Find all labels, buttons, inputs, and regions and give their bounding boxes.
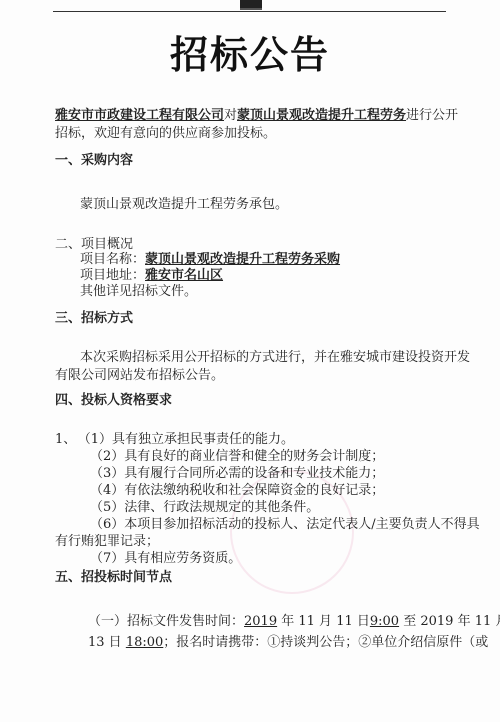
intro-tail: 进行公开 bbox=[406, 108, 458, 123]
document-page: 招标公告 雅安市市政建设工程有限公司对蒙顶山景观改造提升工程劳务进行公开 招标，… bbox=[0, 0, 500, 722]
qualification-item-continued: 有行贿犯罪记录； bbox=[55, 534, 159, 550]
qualification-item: （2）具有良好的商业信誉和健全的财务会计制度； bbox=[90, 449, 384, 465]
end-date-part: 至 2019 年 11 月 bbox=[403, 614, 500, 629]
registration-note: ；报名时请携带：①持谈判公告；②单位介绍信原件（或 bbox=[163, 635, 488, 650]
section-1-heading: 一、采购内容 bbox=[55, 153, 133, 169]
header-rule bbox=[53, 11, 446, 12]
timeline-line-2: 13 日 18:00；报名时请携带：①持谈判公告；②单位介绍信原件（或 bbox=[88, 635, 488, 651]
qualification-item: （7）具有相应劳务资质。 bbox=[90, 551, 241, 567]
timeline-label: （一）招标文件发售时间： bbox=[88, 614, 244, 629]
project-address-label: 项目地址： bbox=[80, 268, 145, 283]
project-name-label: 项目名称： bbox=[80, 252, 145, 267]
end-day: 13 日 bbox=[88, 635, 122, 650]
qualification-item: （1）具有独立承担民事责任的能力。 bbox=[84, 432, 294, 447]
timeline-line-1: （一）招标文件发售时间：2019 年 11 月 11 日9:00 至 2019 … bbox=[88, 614, 500, 630]
company-name: 雅安市市政建设工程有限公司 bbox=[55, 108, 224, 123]
header-logo-icon bbox=[240, 0, 262, 8]
start-date: 年 11 月 11 日 bbox=[281, 614, 370, 629]
qualification-item: （4）有依法缴纳税收和社会保障资金的良好记录； bbox=[90, 483, 384, 499]
qualification-item: （3）具有履行合同所必需的设备和专业技术能力； bbox=[90, 466, 384, 482]
end-time: 18:00 bbox=[126, 635, 163, 650]
intro-line-1: 雅安市市政建设工程有限公司对蒙顶山景观改造提升工程劳务进行公开 bbox=[55, 108, 458, 124]
project-other: 其他详见招标文件。 bbox=[80, 284, 197, 300]
project-address-row: 项目地址：雅安市名山区 bbox=[80, 268, 223, 284]
project-name-value: 蒙顶山景观改造提升工程劳务采购 bbox=[145, 252, 340, 267]
section-3-heading: 三、招标方式 bbox=[55, 311, 133, 327]
qualification-prefix: 1、 bbox=[55, 432, 76, 447]
project-name-row: 项目名称：蒙顶山景观改造提升工程劳务采购 bbox=[80, 252, 340, 268]
intro-connector: 对 bbox=[224, 108, 237, 123]
section-1-body: 蒙顶山景观改造提升工程劳务承包。 bbox=[80, 197, 288, 213]
section-2-heading: 二、项目概况 bbox=[55, 237, 133, 253]
project-address-value: 雅安市名山区 bbox=[145, 268, 223, 283]
document-title: 招标公告 bbox=[0, 24, 500, 79]
qualification-item: （5）法律、行政法规规定的其他条件。 bbox=[90, 500, 319, 516]
header-logo-underline bbox=[240, 8, 262, 10]
project-name-inline: 蒙顶山景观改造提升工程劳务 bbox=[237, 108, 406, 123]
start-time: 9:00 bbox=[370, 614, 399, 629]
start-year: 2019 bbox=[244, 614, 277, 629]
intro-line-2: 招标，欢迎有意向的供应商参加投标。 bbox=[55, 126, 276, 142]
section-3-body-line-1: 本次采购招标采用公开招标的方式进行，并在雅安城市建设投资开发 bbox=[80, 350, 470, 366]
section-5-heading: 五、招投标时间节点 bbox=[55, 570, 172, 586]
qualification-row-1: 1、（1）具有独立承担民事责任的能力。 bbox=[55, 432, 294, 448]
section-4-heading: 四、投标人资格要求 bbox=[55, 393, 172, 409]
qualification-item: （6）本项目参加招标活动的投标人、法定代表人/主要负责人不得具 bbox=[90, 517, 480, 533]
section-3-body-line-2: 有限公司网站发布招标公告。 bbox=[55, 368, 224, 384]
